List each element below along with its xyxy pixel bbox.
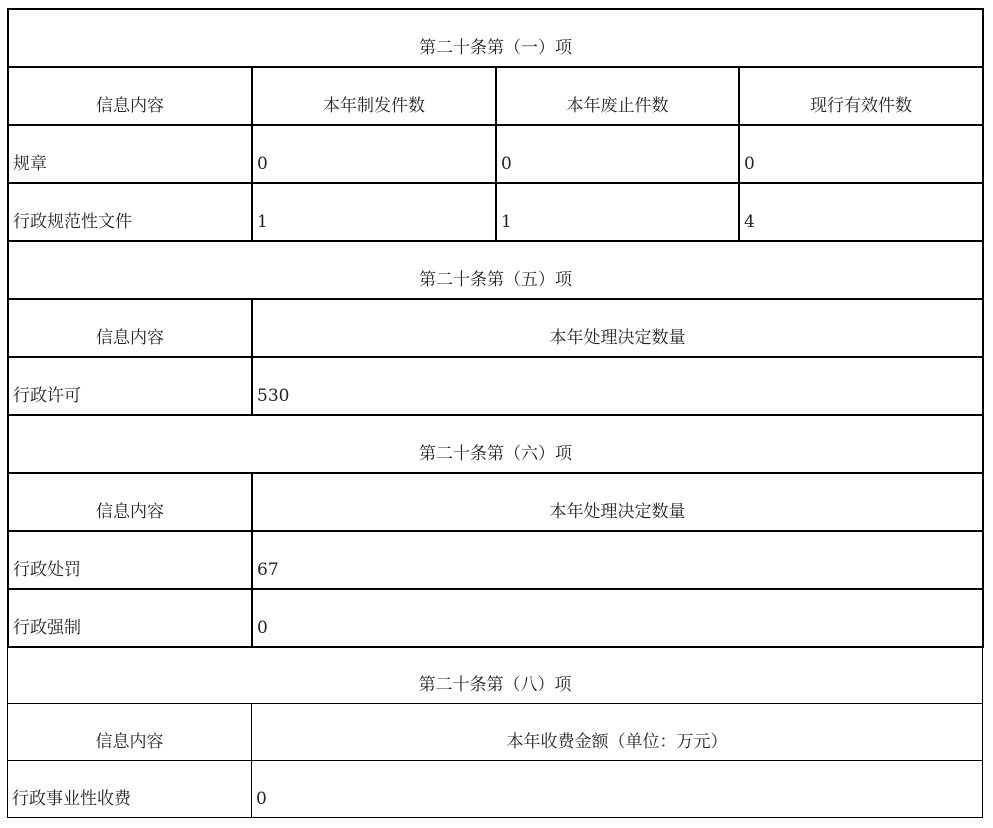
- disclosure-table-main: 第二十条第（一）项 信息内容 本年制发件数 本年废止件数 现行有效件数 规章 0…: [7, 8, 984, 648]
- header-issued-count: 本年制发件数: [252, 67, 496, 125]
- header-valid-count: 现行有效件数: [739, 67, 983, 125]
- table-row: 行政许可 530: [8, 357, 983, 415]
- header-info-content: 信息内容: [8, 299, 252, 357]
- table-row: 行政规范性文件 1 1 4: [8, 183, 983, 241]
- table-row: 行政处罚 67: [8, 531, 983, 589]
- cell-value: 0: [739, 125, 983, 183]
- header-row: 信息内容 本年收费金额（单位：万元）: [8, 704, 983, 761]
- table-row: 行政事业性收费 0: [8, 761, 983, 818]
- section-title-row: 第二十条第（一）项: [8, 9, 983, 67]
- cell-value: 0: [252, 125, 496, 183]
- row-label: 行政处罚: [8, 531, 252, 589]
- row-label: 行政强制: [8, 589, 252, 647]
- table-row: 行政强制 0: [8, 589, 983, 647]
- section-title: 第二十条第（一）项: [8, 9, 983, 67]
- row-label: 行政规范性文件: [8, 183, 252, 241]
- cell-value: 530: [252, 357, 983, 415]
- cell-value: 0: [252, 589, 983, 647]
- section-title: 第二十条第（五）项: [8, 241, 983, 299]
- header-info-content: 信息内容: [8, 704, 252, 761]
- section-title-row: 第二十条第（六）项: [8, 415, 983, 473]
- header-fee-amount: 本年收费金额（单位：万元）: [252, 704, 983, 761]
- section-title-row: 第二十条第（八）项: [8, 647, 983, 704]
- row-label: 规章: [8, 125, 252, 183]
- header-decision-count: 本年处理决定数量: [252, 299, 983, 357]
- disclosure-table-fees: 第二十条第（八）项 信息内容 本年收费金额（单位：万元） 行政事业性收费 0: [7, 646, 983, 818]
- section-title: 第二十条第（八）项: [8, 647, 983, 704]
- table-row: 规章 0 0 0: [8, 125, 983, 183]
- cell-value: 1: [496, 183, 739, 241]
- header-decision-count: 本年处理决定数量: [252, 473, 983, 531]
- header-abolished-count: 本年废止件数: [496, 67, 739, 125]
- section-title: 第二十条第（六）项: [8, 415, 983, 473]
- row-label: 行政许可: [8, 357, 252, 415]
- cell-value: 0: [496, 125, 739, 183]
- header-info-content: 信息内容: [8, 473, 252, 531]
- row-label: 行政事业性收费: [8, 761, 252, 818]
- cell-value: 67: [252, 531, 983, 589]
- cell-value: 4: [739, 183, 983, 241]
- cell-value: 1: [252, 183, 496, 241]
- header-info-content: 信息内容: [8, 67, 252, 125]
- section-title-row: 第二十条第（五）项: [8, 241, 983, 299]
- cell-value: 0: [252, 761, 983, 818]
- header-row: 信息内容 本年处理决定数量: [8, 473, 983, 531]
- header-row: 信息内容 本年制发件数 本年废止件数 现行有效件数: [8, 67, 983, 125]
- header-row: 信息内容 本年处理决定数量: [8, 299, 983, 357]
